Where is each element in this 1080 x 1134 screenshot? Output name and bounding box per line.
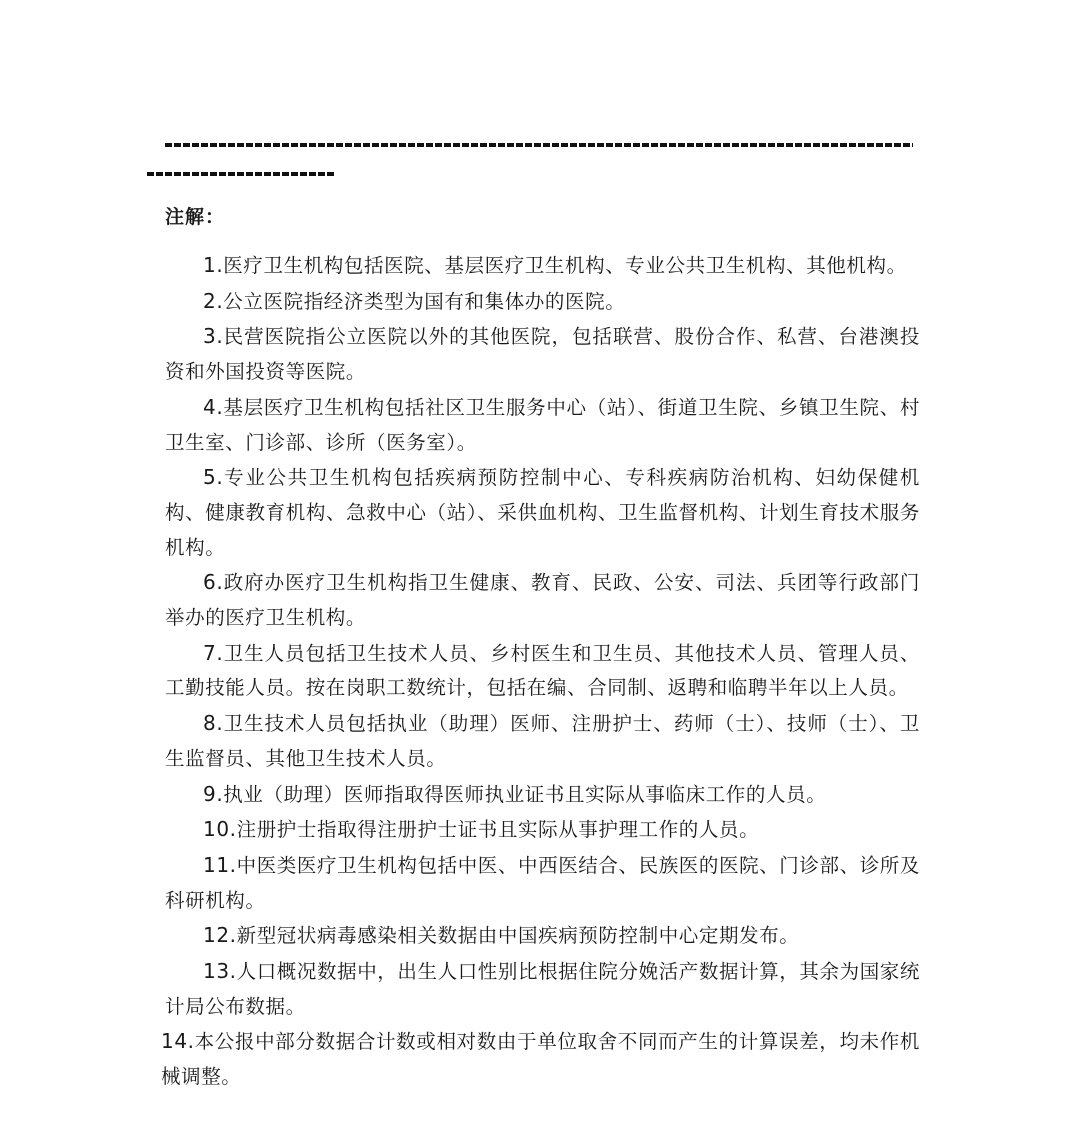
- separator-line-1: [165, 143, 913, 147]
- note-text: 政府办医疗卫生机构指卫生健康、教育、民政、公安、司法、兵团等行政部门举办的医疗卫…: [165, 571, 920, 629]
- note-number: 6.: [203, 570, 223, 594]
- note-text: 注册护士指取得注册护士证书且实际从事护理工作的人员。: [237, 818, 760, 841]
- note-text: 中医类医疗卫生机构包括中医、中西医结合、民族医的医院、门诊部、诊所及科研机构。: [165, 854, 920, 912]
- note-text: 执业（助理）医师指取得医师执业证书且实际从事临床工作的人员。: [223, 783, 826, 806]
- note-item-6: 6.政府办医疗卫生机构指卫生健康、教育、民政、公安、司法、兵团等行政部门举办的医…: [165, 565, 920, 635]
- note-item-13: 13.人口概况数据中，出生人口性别比根据住院分娩活产数据计算，其余为国家统计局公…: [165, 954, 920, 1024]
- note-item-12: 12.新型冠状病毒感染相关数据由中国疾病预防控制中心定期发布。: [165, 918, 920, 954]
- notes-heading: 注解：: [165, 202, 225, 229]
- note-item-5: 5.专业公共卫生机构包括疾病预防控制中心、专科疾病防治机构、妇幼保健机构、健康教…: [165, 460, 920, 565]
- note-text: 公立医院指经济类型为国有和集体办的医院。: [223, 290, 625, 313]
- note-text: 专业公共卫生机构包括疾病预防控制中心、专科疾病防治机构、妇幼保健机构、健康教育机…: [165, 466, 920, 558]
- note-number: 10.: [203, 817, 237, 841]
- note-number: 1.: [203, 253, 223, 277]
- note-text: 卫生人员包括卫生技术人员、乡村医生和卫生员、其他技术人员、管理人员、工勤技能人员…: [165, 642, 920, 700]
- note-text: 人口概况数据中，出生人口性别比根据住院分娩活产数据计算，其余为国家统计局公布数据…: [165, 960, 920, 1018]
- note-item-7: 7.卫生人员包括卫生技术人员、乡村医生和卫生员、其他技术人员、管理人员、工勤技能…: [165, 636, 920, 706]
- note-text: 医疗卫生机构包括医院、基层医疗卫生机构、专业公共卫生机构、其他机构。: [223, 254, 906, 277]
- note-text: 民营医院指公立医院以外的其他医院，包括联营、股份合作、私营、台港澳投资和外国投资…: [165, 325, 920, 383]
- note-item-10: 10.注册护士指取得注册护士证书且实际从事护理工作的人员。: [165, 812, 920, 848]
- note-text: 基层医疗卫生机构包括社区卫生服务中心（站）、街道卫生院、乡镇卫生院、村卫生室、门…: [165, 396, 920, 454]
- note-text: 卫生技术人员包括执业（助理）医师、注册护士、药师（士）、技师（士）、卫生监督员、…: [165, 712, 920, 770]
- note-text: 本公报中部分数据合计数或相对数由于单位取舍不同而产生的计算误差，均未作机械调整。: [161, 1030, 920, 1088]
- note-item-3: 3.民营医院指公立医院以外的其他医院，包括联营、股份合作、私营、台港澳投资和外国…: [165, 319, 920, 389]
- note-number: 11.: [203, 853, 237, 877]
- note-item-1: 1.医疗卫生机构包括医院、基层医疗卫生机构、专业公共卫生机构、其他机构。: [165, 248, 920, 284]
- note-number: 5.: [203, 465, 223, 489]
- note-item-14: 14.本公报中部分数据合计数或相对数由于单位取舍不同而产生的计算误差，均未作机械…: [161, 1024, 920, 1094]
- note-number: 14.: [161, 1029, 195, 1053]
- note-number: 3.: [203, 324, 223, 348]
- note-number: 8.: [203, 711, 223, 735]
- document-page: 注解： 1.医疗卫生机构包括医院、基层医疗卫生机构、专业公共卫生机构、其他机构。…: [0, 0, 1080, 1134]
- note-number: 13.: [203, 959, 237, 983]
- note-number: 2.: [203, 289, 223, 313]
- note-number: 7.: [203, 641, 223, 665]
- note-number: 9.: [203, 782, 223, 806]
- separator-line-2: [147, 172, 334, 176]
- note-number: 4.: [203, 395, 223, 419]
- note-text: 新型冠状病毒感染相关数据由中国疾病预防控制中心定期发布。: [237, 924, 800, 947]
- notes-list: 1.医疗卫生机构包括医院、基层医疗卫生机构、专业公共卫生机构、其他机构。 2.公…: [165, 248, 920, 1095]
- note-item-11: 11.中医类医疗卫生机构包括中医、中西医结合、民族医的医院、门诊部、诊所及科研机…: [165, 848, 920, 918]
- note-item-2: 2.公立医院指经济类型为国有和集体办的医院。: [165, 284, 920, 320]
- note-number: 12.: [203, 923, 237, 947]
- note-item-9: 9.执业（助理）医师指取得医师执业证书且实际从事临床工作的人员。: [165, 777, 920, 813]
- note-item-4: 4.基层医疗卫生机构包括社区卫生服务中心（站）、街道卫生院、乡镇卫生院、村卫生室…: [165, 390, 920, 460]
- note-item-8: 8.卫生技术人员包括执业（助理）医师、注册护士、药师（士）、技师（士）、卫生监督…: [165, 706, 920, 776]
